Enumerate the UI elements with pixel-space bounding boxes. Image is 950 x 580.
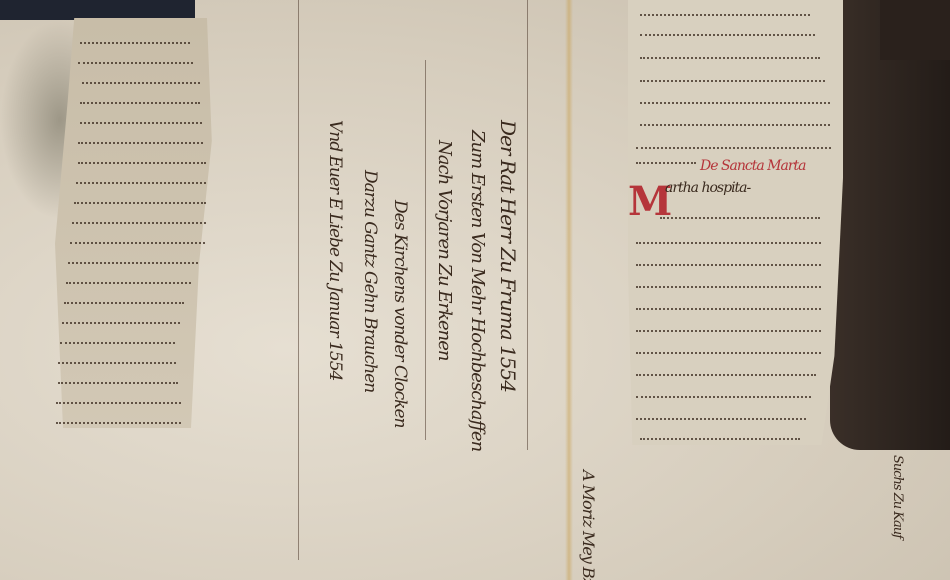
note-line: Nach Vorjaren Zu Erkenen [434,140,455,361]
rubric-heading: De Sancta Marta [700,158,806,174]
dark-background-top [0,0,195,20]
page-fold-crease [565,0,573,580]
note-line: Der Rat Herr Zu Fruma 1554 [496,120,520,392]
note-line: Zum Ersten Von Mehr Hochbeschaffen [467,130,488,451]
margin-note: Suchs Zu Kauf [890,455,905,538]
ruled-line [425,60,426,440]
dark-background-corner [880,0,950,60]
note-line: Vnd Euer E Liebe Zu Januar 1554 [325,120,345,380]
note-line: Darzu Gantz Gehn Brauchen [360,170,380,392]
note-line: Des Kirchens vonder Clocken [390,200,410,427]
ruled-line [527,0,528,450]
signature-note: A Moriz Mey Bz [579,470,598,580]
manuscript-photo: De Sancta Marta M artha hospita- Der Rat… [0,0,950,580]
first-line-text: artha hospita- [665,180,750,196]
dark-background-right [830,0,950,450]
ruled-line [298,0,299,560]
